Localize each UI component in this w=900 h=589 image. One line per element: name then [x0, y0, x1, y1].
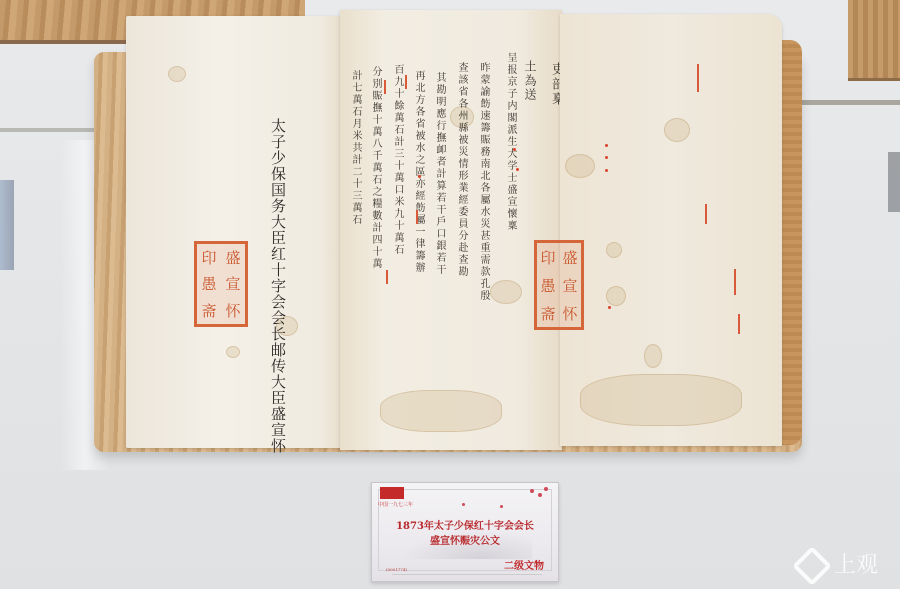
petal-icon [500, 505, 503, 508]
seal-char: 印 [537, 247, 559, 268]
red-annotation-dot [605, 156, 608, 159]
red-annotation-mark [405, 75, 407, 89]
text-column-9: 分別賑撫十萬八千萬石之糧數計四十萬 [370, 66, 380, 270]
water-stain [490, 280, 522, 304]
seal-char: 斋 [197, 300, 221, 321]
seal-char: 愚 [197, 273, 221, 294]
red-annotation-mark [386, 270, 388, 284]
red-annotation-mark [416, 210, 418, 224]
seal-char: 盛 [559, 247, 581, 268]
placard-title: 1873年太子少保红十字会会长 盛宣怀赈灾公文 [372, 519, 558, 549]
seal-char: 宣 [221, 273, 245, 294]
water-stain [380, 390, 502, 432]
background-glass-stand [0, 180, 14, 270]
placard-title-line2: 盛宣怀赈灾公文 [372, 534, 558, 549]
red-annotation-mark [705, 204, 707, 224]
red-annotation-mark [734, 269, 736, 295]
text-column-6: 其勘明應行撫卹者計算若干戶口銀若干 [434, 72, 444, 276]
water-stain [606, 242, 622, 258]
placard-footer-line [392, 574, 542, 575]
water-stain [226, 346, 240, 358]
plum-blossom-icon [530, 489, 534, 493]
background-glass-stand-right [888, 152, 900, 212]
red-annotation-mark [697, 64, 699, 92]
document-blank-page [560, 14, 782, 446]
seal-char: 愚 [537, 275, 559, 296]
exhibit-placard: 中国一九七三年 1873年太子少保红十字会会长 盛宣怀赈灾公文 二级文物 (00… [371, 482, 559, 582]
seal-char: 斋 [537, 303, 559, 324]
museum-logo-icon [380, 487, 404, 499]
red-seal-stamp: 印 盛 愚 宣 斋 怀 [194, 241, 248, 327]
seal-char: 印 [197, 247, 221, 268]
background-wood-block [848, 0, 900, 81]
document-cover-page [126, 16, 354, 448]
red-annotation-dot [513, 148, 516, 151]
seal-char: 怀 [221, 300, 245, 321]
seal-char: 宣 [559, 275, 581, 296]
water-stain [644, 344, 662, 368]
red-annotation-dot [605, 169, 608, 172]
plum-blossom-icon [538, 493, 542, 497]
artifact-id: (0001774) [386, 567, 407, 572]
watermark-logo-icon [792, 546, 832, 586]
text-column-7: 再北方各省被水之區亦經飭屬一律籌辦 [413, 70, 423, 274]
red-annotation-dot [418, 175, 421, 178]
text-column-8: 百九十餘萬石計三十萬口米九十萬石 [392, 64, 402, 256]
artifact-grade: 二级文物 [504, 557, 544, 572]
text-column-4: 昨蒙諭飭速籌賑務南北各屬水災甚重需款孔殷 [478, 62, 488, 302]
red-annotation-dot [516, 168, 519, 171]
water-stain [565, 154, 595, 178]
seal-char: 怀 [559, 303, 581, 324]
text-column-5: 查該省各州縣被災情形業經委員分赴查勘 [456, 62, 466, 278]
seal-char: 盛 [221, 247, 245, 268]
watermark: 上观 [798, 548, 878, 580]
watermark-text: 上观 [834, 553, 878, 578]
cover-title-text: 太子少保国务大臣红十字会会长邮传大臣盛宣怀 [270, 118, 285, 454]
red-annotation-mark [738, 314, 740, 334]
museum-logo-text: 中国一九七三年 [378, 501, 413, 508]
text-column-10: 計七萬石月米共計二十三萬石 [350, 70, 360, 226]
text-column-3: 呈报京子内閣派生大学士盛宣懷稟 [505, 52, 515, 232]
red-annotation-dot [608, 306, 611, 309]
water-stain [168, 66, 186, 82]
red-annotation-mark [384, 80, 386, 94]
petal-icon [462, 503, 465, 506]
red-seal-stamp-2: 印 盛 愚 宣 斋 怀 [534, 240, 584, 330]
water-stain [580, 374, 742, 426]
water-stain [606, 286, 626, 306]
plum-blossom-icon [544, 487, 548, 491]
text-column-2: 土為送 [524, 60, 536, 102]
red-annotation-dot [605, 144, 608, 147]
water-stain [664, 118, 690, 142]
placard-title-line1: 1873年太子少保红十字会会长 [372, 519, 558, 534]
